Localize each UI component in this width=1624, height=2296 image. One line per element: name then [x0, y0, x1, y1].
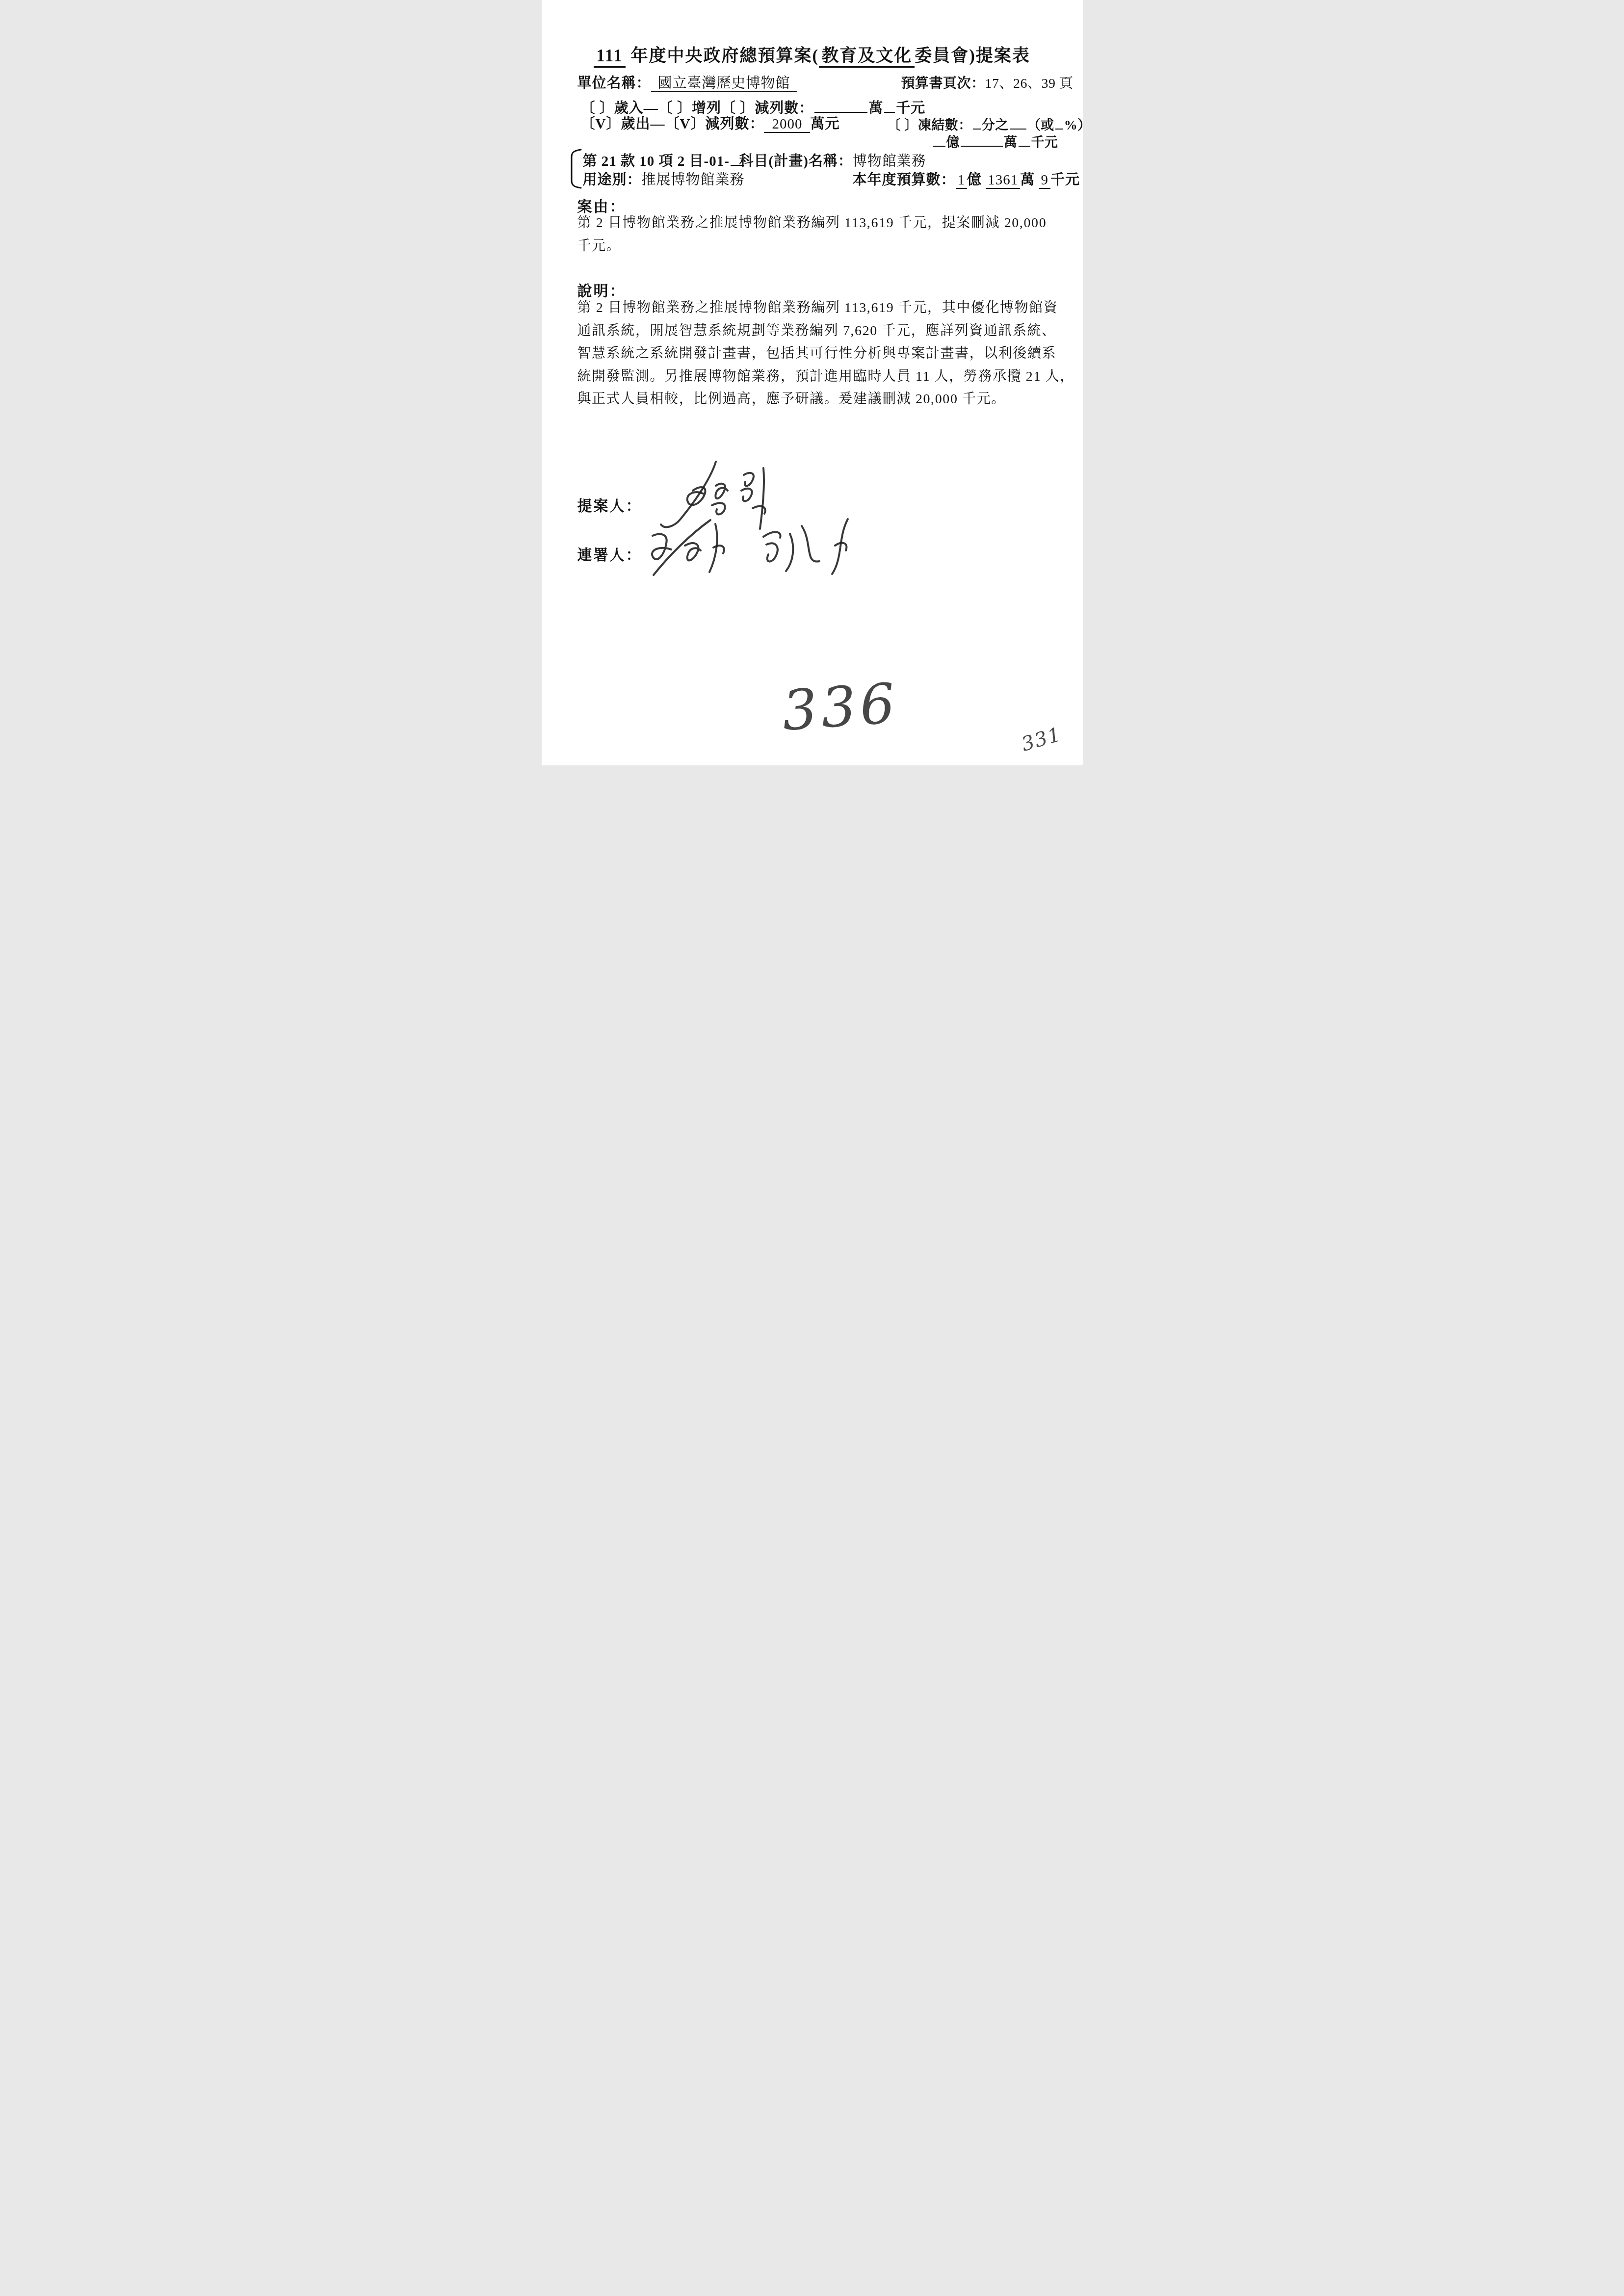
- usage-value: 推展博物館業務: [642, 172, 745, 188]
- title-segment-pre: 年度中央政府總預算案(: [626, 46, 819, 65]
- proposer-label: 提案人：: [577, 494, 642, 515]
- subject-name-label: 科目(計畫)名稱：: [739, 154, 853, 169]
- expense-cut-checkbox-checked: 〔V〕: [665, 116, 705, 132]
- item-number: 第 21 款 10 項 2 目-01-: [583, 154, 730, 169]
- annual-budget-wan-unit: 萬: [1020, 172, 1035, 188]
- freeze-row: 〔 〕凍結數：分之（或%）: [888, 114, 1083, 133]
- expense-checkbox-checked: 〔V〕: [581, 116, 621, 132]
- subject-bracket: [567, 148, 582, 189]
- case-body: 第 2 目博物館業務之推展博物館業務編列 113,619 千元，提案刪減 20,…: [577, 212, 1071, 258]
- subject-name-row: 科目(計畫)名稱：博物館業務: [739, 150, 926, 170]
- page-number-large: 336: [777, 668, 902, 743]
- usage-label: 用途別：: [583, 172, 642, 188]
- expense-row: 〔V〕歲出—〔V〕減列數：2000萬元: [581, 113, 840, 133]
- cosigner-signatures: [640, 516, 868, 581]
- expense-unit: 萬元: [810, 116, 839, 132]
- usage-row: 用途別：推展博物館業務: [583, 169, 745, 189]
- expense-cut-label: 減列數：: [705, 116, 764, 132]
- freeze-qianyuan-unit: 千元: [1031, 135, 1058, 150]
- freeze-yi-blank: [933, 132, 945, 147]
- budget-pages-row: 預算書頁次：17、26、39 頁: [901, 73, 1074, 92]
- title-year: 111: [594, 46, 626, 68]
- freeze-checkbox: 〔 〕: [888, 118, 918, 132]
- freeze-fenzhi-label: 分之: [982, 118, 1009, 132]
- annual-budget-qian-unit: 千元: [1050, 172, 1080, 188]
- proposal-form-page: 111 年度中央政府總預算案(教育及文化委員會)提案表 單位名稱：國立臺灣歷史博…: [542, 0, 1083, 765]
- freeze-blank-2: [1010, 115, 1026, 130]
- title-segment-post: 委員會)提案表: [915, 46, 1030, 65]
- annual-budget-qian-value: 9: [1039, 172, 1051, 189]
- annual-budget-wan-value: 1361: [986, 172, 1020, 189]
- freeze-label: 凍結數：: [918, 118, 972, 132]
- unit-name-row: 單位名稱：國立臺灣歷史博物館: [577, 72, 797, 92]
- budget-pages-value: 17、26、39 頁: [985, 76, 1074, 91]
- document-title: 111 年度中央政府總預算案(教育及文化委員會)提案表: [542, 42, 1083, 67]
- annual-budget-row: 本年度預算數：1億 1361萬 9千元: [853, 169, 1080, 189]
- page-number-large-text: 336: [780, 672, 901, 743]
- annual-budget-label: 本年度預算數：: [853, 172, 956, 188]
- expense-amount-value: 2000: [764, 116, 810, 133]
- title-committee-underlined: 教育及文化: [819, 46, 915, 68]
- freeze-units-row: 億萬千元: [932, 131, 1058, 151]
- freeze-percent-close: %）: [1064, 118, 1083, 132]
- revenue-wan-unit: 萬: [868, 101, 883, 116]
- expense-label: 歲出—: [621, 116, 665, 132]
- item-number-row: 第 21 款 10 項 2 目-01-: [583, 150, 745, 170]
- freeze-qian-blank: [1019, 132, 1030, 147]
- unit-name-value: 國立臺灣歷史博物館: [651, 76, 797, 92]
- annual-budget-yi-unit: 億: [967, 172, 982, 188]
- freeze-or-open: （或: [1027, 118, 1054, 132]
- revenue-amount-blank: [814, 98, 867, 113]
- freeze-blank-3: [1055, 115, 1063, 130]
- freeze-yi-unit: 億: [946, 135, 960, 150]
- revenue-qian-blank: [884, 98, 895, 113]
- freeze-blank-1: [973, 115, 981, 130]
- page-number-small: 331: [1013, 720, 1072, 760]
- freeze-wan-unit: 萬: [1004, 135, 1018, 150]
- subject-name-value: 博物館業務: [853, 154, 926, 169]
- explanation-body: 第 2 目博物館業務之推展博物館業務編列 113,619 千元，其中優化博物館資…: [577, 297, 1071, 411]
- cosigner-label: 連署人：: [577, 543, 642, 564]
- page-number-small-text: 331: [1019, 723, 1064, 756]
- annual-budget-yi-value: 1: [956, 172, 968, 189]
- unit-name-label: 單位名稱：: [577, 76, 651, 91]
- freeze-wan-blank: [961, 132, 1003, 147]
- budget-pages-label: 預算書頁次：: [901, 76, 985, 91]
